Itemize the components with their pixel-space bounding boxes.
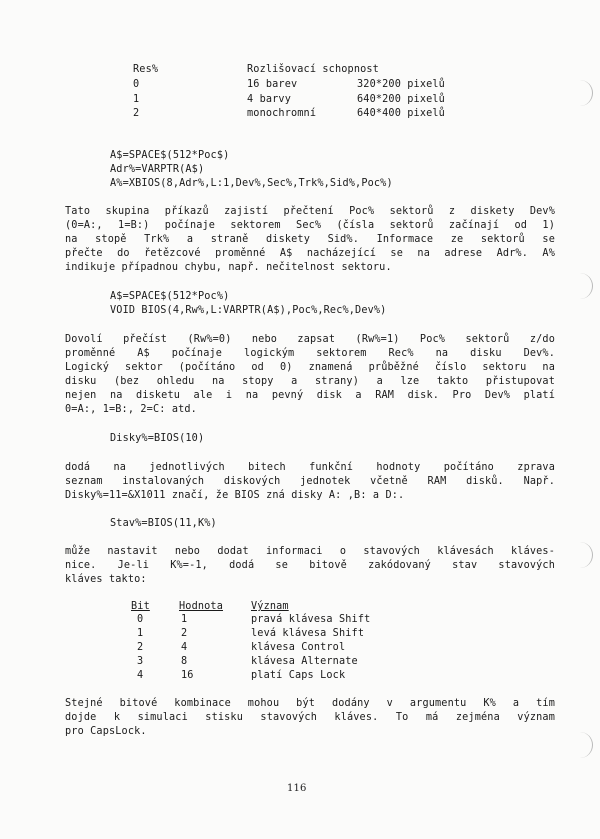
header-value: Hodnota [179,601,223,612]
text-line: seznam instalovaných diskových jednotek … [65,476,555,487]
header-bit: Bit [131,601,150,612]
page-number: 116 [287,783,307,794]
binding-hole-mark [578,732,593,758]
text-line: Logický sektor (počítáno od 0) znamená p… [65,362,555,373]
hodnota-value: 1 [181,614,187,625]
text-line: proměnné A$ počínaje logickým sektorem R… [65,348,555,359]
code-line: A$=SPACE$(512*Poc$) [110,150,229,161]
header-meaning: Význam [251,601,289,612]
text-line: Disky%=11=&X1011 značí, že BIOS zná disk… [65,490,555,501]
text-line: Dovolí přečíst (Rw%=0) nebo zapsat (Rw%=… [65,334,555,345]
text-line: 0=A:, 1=B:, 2=C: atd. [65,404,555,415]
meaning-value: klávesa Alternate [251,656,358,667]
binding-hole-mark [578,273,593,299]
meaning-value: pravá klávesa Shift [251,614,370,625]
bit-value: 2 [137,642,143,653]
text-line: indikuje případnou chybu, např. nečiteln… [65,262,555,273]
text-line: Stejné bitové kombinace mohou být dodány… [65,698,555,709]
res-value: 1 [133,94,139,105]
pixels-value: 320*200 pixelů [357,79,445,90]
binding-hole-mark [578,80,593,106]
text-line: dodá na jednotlivých bitech funkční hodn… [65,462,555,473]
text-line: Tato skupina příkazů zajistí přečtení Po… [65,206,555,217]
code-block-bios10: Disky%=BIOS(10) [110,433,204,444]
hodnota-value: 8 [181,656,187,667]
code-block-bios11: Stav%=BIOS(11,K%) [110,518,217,529]
text-line: přečte do řetězcové proměnné A$ nacházej… [65,248,555,259]
code-line: A%=XBIOS(8,Adr%,L:1,Dev%,Sec%,Trk%,Sid%,… [110,178,393,189]
colors-value: monochromní [247,108,316,119]
meaning-value: klávesa Control [251,642,345,653]
colors-value: 4 barvy [247,94,291,105]
binding-hole-mark [578,542,593,568]
res-value: 0 [133,79,139,90]
hodnota-value: 2 [181,628,187,639]
pixels-value: 640*200 pixelů [357,94,445,105]
text-line: pro CapsLock. [65,726,555,737]
text-line: nejen na disketu ale i na pevný disk a R… [65,390,555,401]
code-line: A$=SPACE$(512*Poc%) [110,291,229,302]
hodnota-value: 4 [181,642,187,653]
meaning-value: levá klávesa Shift [251,628,364,639]
pixels-value: 640*400 pixelů [357,108,445,119]
text-line: může nastavit nebo dodat informaci o sta… [65,546,555,557]
bit-value: 1 [137,628,143,639]
text-line: na stopě Trk% a straně diskety Sid%. Inf… [65,234,555,245]
colors-value: 16 barev [247,79,297,90]
text-line: disku (bez ohledu na stopy a strany) a l… [65,376,555,387]
text-line: nice. Je-li K%=-1, dodá se bitově zakódo… [65,560,555,571]
hodnota-value: 16 [181,670,194,681]
text-line: (0=A:, 1=B:) počínaje sektorem Sec% (čís… [65,220,555,231]
meaning-value: platí Caps Lock [251,670,345,681]
res-value: 2 [133,108,139,119]
text-line: dojde k simulaci stisku stavových kláves… [65,712,555,723]
bit-value: 0 [137,614,143,625]
header-res: Res% [133,64,158,75]
header-resolution: Rozlišovací schopnost [247,64,379,75]
text-line: kláves takto: [65,574,555,585]
bit-value: 4 [137,670,143,681]
bit-value: 3 [137,656,143,667]
code-line: VOID BIOS(4,Rw%,L:VARPTR(A$),Poc%,Rec%,D… [110,305,386,316]
code-line: Adr%=VARPTR(A$) [110,164,204,175]
